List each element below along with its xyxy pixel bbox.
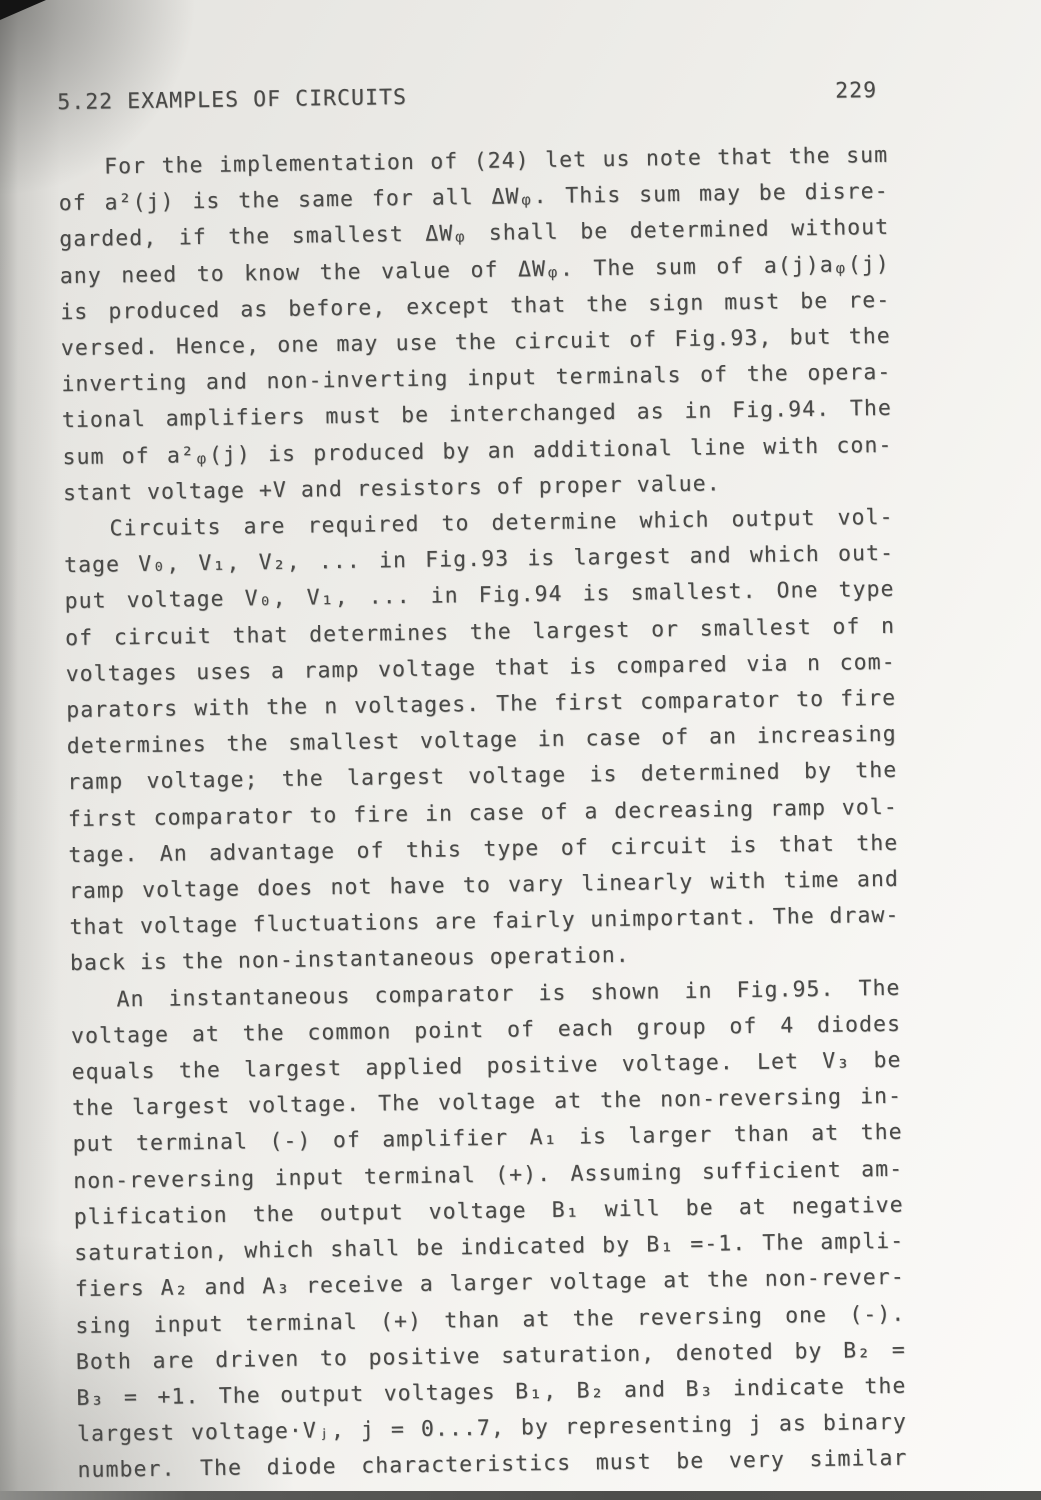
scanned-book-page: 5.22 EXAMPLES OF CIRCUITS 229 For the im… xyxy=(0,0,1041,1500)
page-corner-fold-shadow xyxy=(0,0,46,20)
section-heading: 5.22 EXAMPLES OF CIRCUITS xyxy=(57,85,407,116)
page-content: 5.22 EXAMPLES OF CIRCUITS 229 For the im… xyxy=(57,78,908,1490)
scan-bottom-edge xyxy=(0,1491,1041,1500)
page-number: 229 xyxy=(835,78,877,105)
body-text: For the implementation of (24) let us no… xyxy=(58,138,908,1490)
page-header: 5.22 EXAMPLES OF CIRCUITS 229 xyxy=(57,78,887,116)
